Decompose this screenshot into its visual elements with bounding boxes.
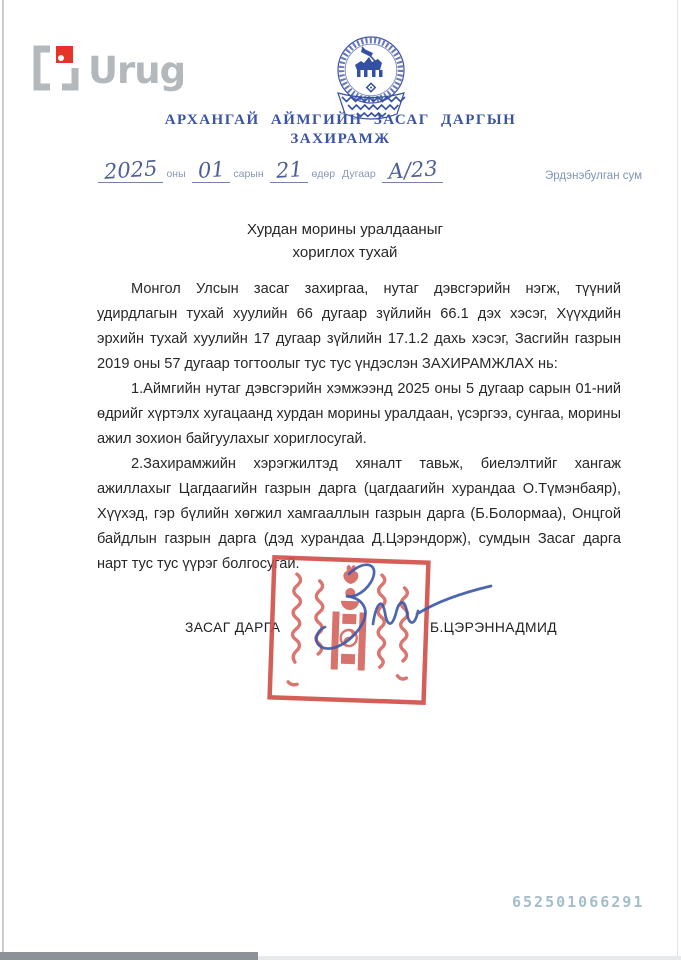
state-emblem-icon <box>326 34 416 120</box>
body-paragraph-preamble: Монгол Улсын засаг захиргаа, нутаг дэвсг… <box>97 277 621 377</box>
decree-subject: Хурдан морины уралдааныг хориглох тухай <box>195 218 495 264</box>
scan-edge-bottom-light <box>258 956 681 960</box>
date-year-label: оны <box>166 168 185 180</box>
date-month-value: 01 <box>192 160 231 183</box>
body-paragraph-clause1: 1.Аймгийн нутаг дэвсгэрийн хэмжээнд 2025… <box>97 377 621 452</box>
urug-logo: Urug <box>30 42 185 99</box>
subject-line2: хориглох тухай <box>195 241 495 264</box>
location-label: Эрдэнэбулган сум <box>545 170 642 182</box>
subject-line1: Хурдан морины уралдааныг <box>195 218 495 241</box>
scan-edge-bottom <box>0 952 258 960</box>
date-day-label: өдөр <box>311 168 335 180</box>
registration-number: 652501066291 <box>512 893 644 911</box>
date-day-value: 21 <box>270 160 309 183</box>
dateline: 2025 оны 01 сарын 21 өдөр <box>98 160 341 183</box>
date-month-label: сарын <box>233 168 263 180</box>
governor-title: ЗАСАГ ДАРГА <box>185 620 280 635</box>
document-page: Urug <box>0 0 681 960</box>
org-title-line2: ЗАХИРАМЖ <box>0 131 681 148</box>
signature-icon <box>293 556 498 668</box>
date-year-value: 2025 <box>98 160 163 183</box>
org-title-line1: АРХАНГАЙ АЙМГИЙН ЗАСАГ ДАРГЫН <box>0 112 681 129</box>
decree-number-group: Дугаар А/23 <box>339 160 443 183</box>
urug-logo-text: Urug <box>88 52 185 89</box>
decree-body: Монгол Улсын засаг захиргаа, нутаг дэвсг… <box>97 277 621 577</box>
urug-logo-icon <box>30 42 82 99</box>
decree-number-value: А/23 <box>382 160 444 183</box>
decree-number-label: Дугаар <box>342 168 376 180</box>
